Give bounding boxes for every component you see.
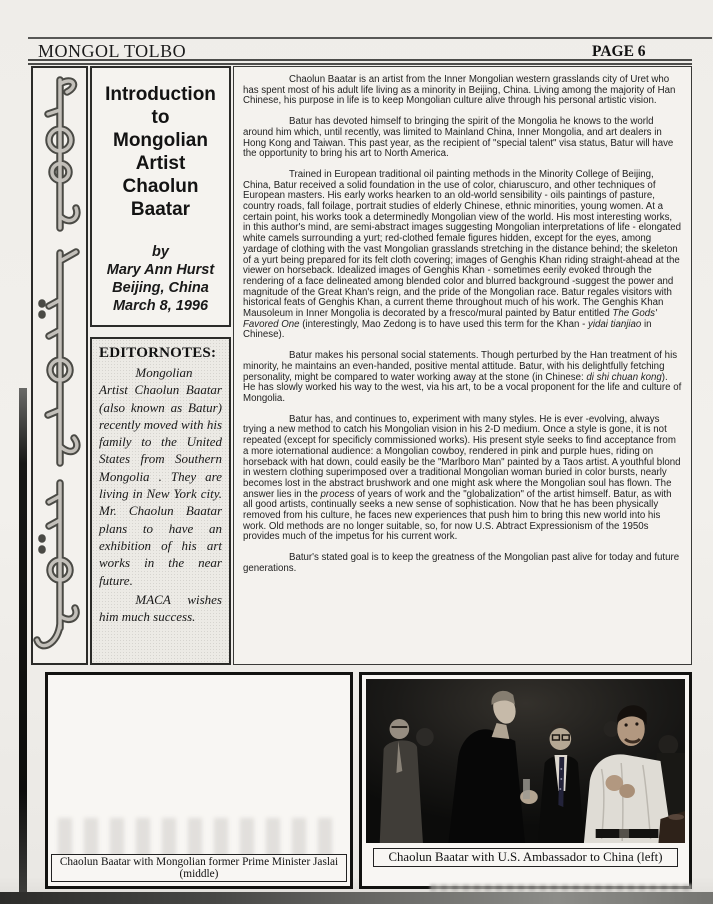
article-paragraph: Chaolun Baatar is an artist from the Inn… xyxy=(243,75,682,107)
article-title: Introduction to Mongolian Artist Chaolun… xyxy=(92,83,229,221)
top-rule xyxy=(28,37,712,39)
editor-notes-heading: EDITORNOTES: xyxy=(99,345,222,362)
faded-print-artifact xyxy=(58,818,340,858)
article-paragraph: Batur's stated goal is to keep the great… xyxy=(243,553,682,574)
mongolian-script-column xyxy=(31,66,88,665)
article-paragraph: Trained in European traditional oil pain… xyxy=(243,170,682,341)
scan-edge-artifact-bottom xyxy=(0,892,713,904)
scan-bleed-text-artifact xyxy=(430,884,692,892)
editor-notes-closing: MACA wishes him much success. xyxy=(99,591,222,626)
reception-photo xyxy=(366,679,685,843)
photo-left-frame: Chaolun Baatar with Mongolian former Pri… xyxy=(45,672,353,889)
article-title-box: Introduction to Mongolian Artist Chaolun… xyxy=(90,66,231,327)
scan-edge-artifact-left xyxy=(19,388,27,892)
photo-right-frame: Chaolun Baatar with U.S. Ambassador to C… xyxy=(359,672,692,889)
article-paragraph: Batur has devoted himself to bringing th… xyxy=(243,117,682,160)
photo-right-caption: Chaolun Baatar with U.S. Ambassador to C… xyxy=(373,848,678,867)
article-byline: by Mary Ann Hurst Beijing, China March 8… xyxy=(92,243,229,315)
photo-left-caption: Chaolun Baatar with Mongolian former Pri… xyxy=(51,854,347,882)
article-paragraph: Batur makes his personal social statemen… xyxy=(243,351,682,405)
editor-notes-box: EDITORNOTES: Mongolian Artist Chaolun Ba… xyxy=(90,337,231,665)
header-rule-2 xyxy=(28,63,692,65)
article-paragraph: Batur has, and continues to, experiment … xyxy=(243,415,682,543)
article-body: Chaolun Baatar is an artist from the Inn… xyxy=(233,66,692,665)
mongolian-vertical-script-icon xyxy=(33,68,86,663)
header-rule-1 xyxy=(28,59,692,61)
editor-notes-body: Mongolian Artist Chaolun Baatar (also kn… xyxy=(99,364,222,589)
